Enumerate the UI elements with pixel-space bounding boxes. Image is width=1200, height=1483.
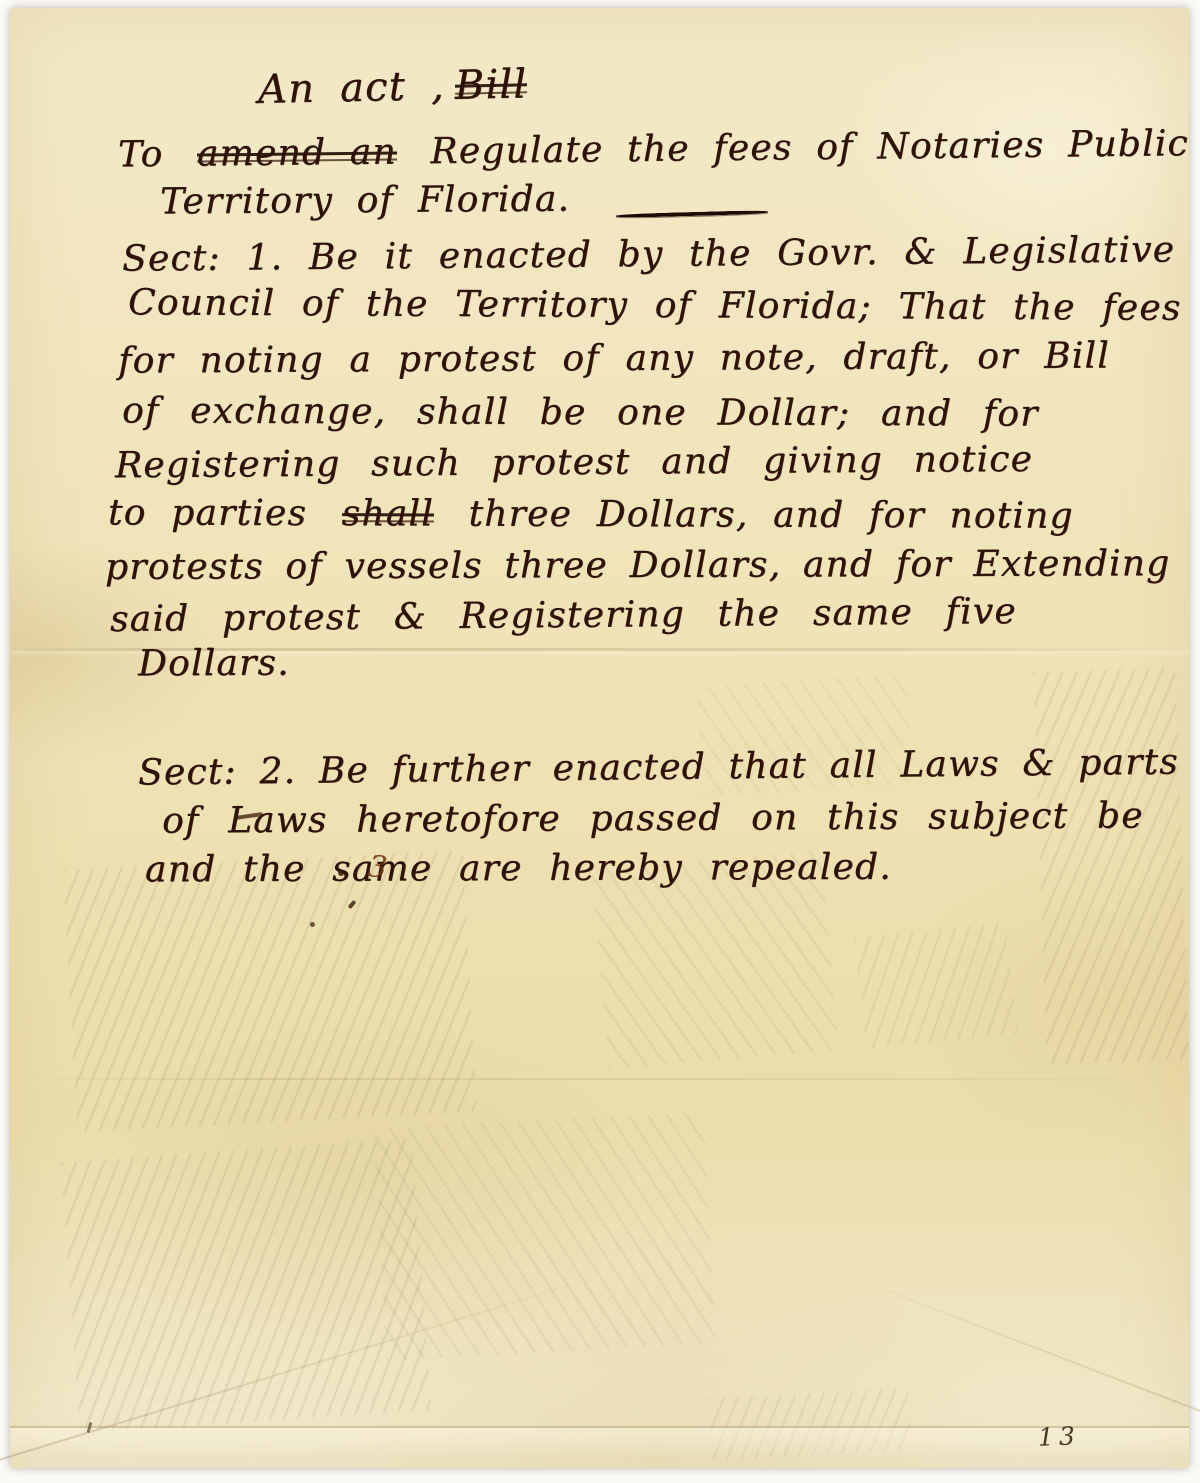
manuscript-line: Council of the Territory of Florida; Tha…	[128, 282, 1182, 329]
handwriting-text: Regulate the fees of Notaries Public in …	[407, 122, 1200, 173]
ink-tick-mark	[87, 1422, 93, 1433]
struck-words: amend an	[197, 131, 397, 174]
manuscript-line: said protest & Registering the same five	[110, 591, 1017, 640]
bleedthrough-ghost-writing	[709, 1388, 912, 1460]
handwriting-text: Sect: 1. Be it enacted by the Govr. & Le…	[122, 229, 1176, 279]
ink-speck	[338, 870, 344, 876]
manuscript-line: protests of vessels three Dollars, and f…	[105, 543, 1170, 588]
handwriting-text: to parties	[108, 492, 332, 534]
manuscript-line: of Laws heretofore passed on this subjec…	[162, 795, 1144, 841]
diagonal-fold-crease	[0, 1282, 576, 1471]
bleedthrough-ghost-writing	[1033, 668, 1189, 1065]
struck-word: Bill	[454, 61, 528, 109]
manuscript-line: Sect: 2. Be further enacted that all Law…	[138, 742, 1179, 794]
manuscript-line: of exchange, shall be one Dollar; and fo…	[122, 390, 1039, 434]
handwriting-text: Registering such protest and giving noti…	[115, 439, 1033, 486]
horizontal-fold-crease	[10, 1078, 1189, 1080]
manuscript-line: to parties shall three Dollars, and for …	[108, 492, 1074, 536]
handwriting-text: for noting a protest of any note, draft,…	[118, 335, 1110, 381]
handwriting-text: three Dollars, and for noting	[444, 493, 1074, 536]
manuscript-line: Registering such protest and giving noti…	[115, 439, 1033, 486]
diagonal-fold-crease	[883, 1288, 1200, 1433]
manuscript-page: An act ,Bill To amend an Regulate the fe…	[10, 8, 1189, 1468]
bleedthrough-ghost-writing	[61, 1138, 431, 1434]
bottom-fold-crease	[10, 1426, 1189, 1428]
manuscript-line: To amend an Regulate the fees of Notarie…	[118, 122, 1200, 176]
handwriting-text: of Laws heretofore passed on this subjec…	[162, 795, 1144, 841]
bleedthrough-ghost-writing	[63, 850, 476, 1133]
bleedthrough-ghost-writing	[374, 1112, 716, 1361]
manuscript-line: and the same are hereby repealed.	[145, 847, 892, 891]
handwriting-text: Sect: 2. Be further enacted that all Law…	[138, 742, 1179, 794]
bottom-fold-band	[10, 1428, 1189, 1458]
ink-speck	[348, 900, 357, 909]
page-number: 13	[1038, 1421, 1081, 1451]
manuscript-title-line: An act ,Bill	[258, 61, 538, 113]
manuscript-line: Territory of Florida.	[160, 179, 570, 223]
ink-speck	[310, 922, 315, 927]
handwriting-text: Territory of Florida.	[160, 179, 570, 223]
handwriting-text: protests of vessels three Dollars, and f…	[105, 543, 1170, 588]
manuscript-line: Sect: 1. Be it enacted by the Govr. & Le…	[122, 229, 1176, 279]
handwriting-text: and the same are hereby repealed.	[145, 847, 892, 891]
handwriting-text: Dollars.	[138, 643, 290, 685]
handwriting-text: of exchange, shall be one Dollar; and fo…	[122, 390, 1039, 434]
handwriting-text: Council of the Territory of Florida; Tha…	[128, 282, 1182, 329]
manuscript-line: for noting a protest of any note, draft,…	[118, 335, 1110, 381]
underline-flourish	[616, 210, 768, 218]
handwriting-text: To	[118, 134, 187, 176]
handwriting-text: said protest & Registering the same five	[110, 591, 1017, 640]
bleedthrough-ghost-writing	[855, 922, 1018, 1049]
manuscript-line: Dollars.	[138, 643, 290, 685]
handwriting-text: An act ,	[258, 63, 446, 113]
struck-word: shall	[342, 493, 434, 534]
